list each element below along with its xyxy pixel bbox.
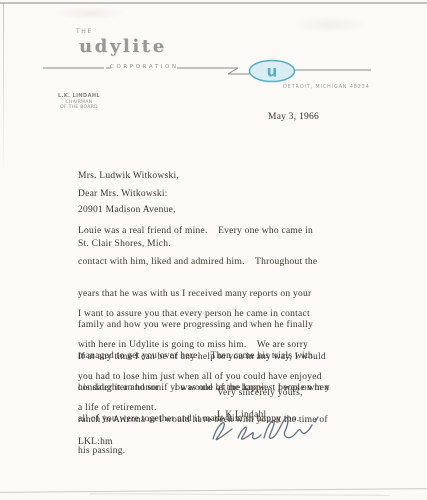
officer-block: L.K. LINDAHL CHAIRMAN OF THE BOARD (53, 94, 105, 111)
letterhead-address: DETROIT, MICHIGAN 48234 (283, 84, 370, 90)
body-line: Louie was a real friend of mine. Every o… (78, 226, 329, 236)
recipient-line: Mrs. Ludwik Witkowski, (78, 171, 179, 182)
paper-smudge (55, 6, 125, 20)
rule-jog (228, 68, 238, 74)
paper-bottom-edge (0, 488, 427, 493)
officer-name: L.K. LINDAHL (53, 94, 105, 100)
body-line: If at any time I can be of any help to y… (78, 352, 330, 362)
paper-bottom-edge (90, 493, 390, 496)
udylite-logo-u-icon: u (267, 63, 278, 81)
letter-date: May 3, 1966 (268, 112, 319, 122)
body-paragraph-3: If at any time I can be of any help to y… (78, 331, 330, 477)
officer-title-line2: OF THE BOARD (53, 105, 105, 111)
letter-page: THE udylite CORPORATION u DETROIT, MICHI… (0, 0, 427, 500)
letterhead-the: THE (76, 28, 93, 35)
body-line: contact with him, liked and admired him.… (78, 257, 329, 267)
paper-smudge (290, 16, 370, 34)
salutation: Dear Mrs. Witkowski: (78, 189, 168, 199)
reference-initials: LKL:hm (78, 437, 113, 447)
scan-top-edge (0, 2, 427, 4)
body-line: I want to assure you that every person h… (78, 309, 322, 319)
complimentary-close: Very sincerely yours, (217, 388, 303, 398)
scan-left-edge (3, 3, 4, 173)
handwritten-signature (205, 413, 330, 455)
